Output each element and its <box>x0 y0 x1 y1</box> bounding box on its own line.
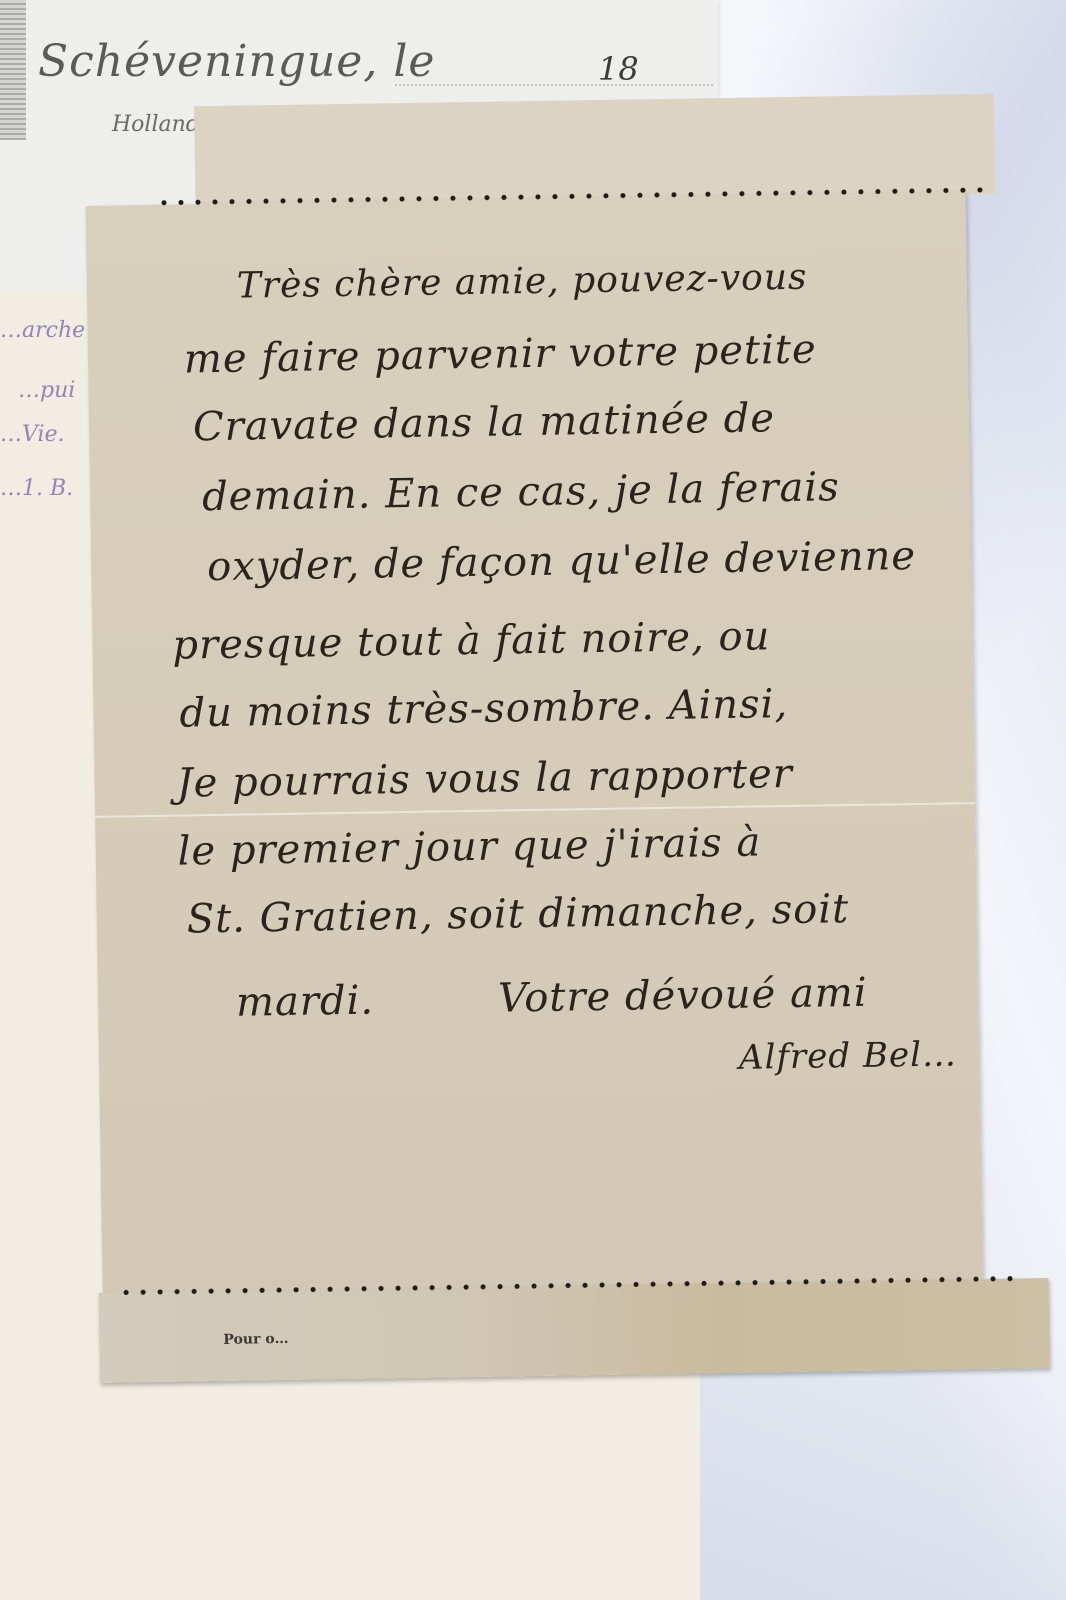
handwritten-line: Très chère amie, pouvez-vous <box>236 257 807 307</box>
handwritten-line: demain. En ce cas, je la ferais <box>202 464 840 520</box>
signature: Alfred Bel… <box>739 1034 958 1077</box>
handwritten-line: presque tout à fait noire, ou <box>172 613 771 668</box>
violet-note-fragment: …Vie. <box>0 422 65 447</box>
handwritten-line: le premier jour que j'irais à <box>177 819 761 874</box>
handwritten-line: oxyder, de façon qu'elle devienne <box>207 533 916 590</box>
card-bottom-flap <box>99 1278 1050 1383</box>
letterhead-engraving <box>0 0 26 140</box>
handwritten-line: Je pourrais vous la rapporter <box>176 751 793 807</box>
letter-card: Très chère amie, pouvez-vous me faire pa… <box>84 94 1014 1388</box>
handwritten-line: mardi. <box>236 978 375 1026</box>
violet-note-fragment: …arche <box>0 318 85 343</box>
closing-line: Votre dévoué ami <box>498 970 868 1022</box>
letterhead-year: 18 <box>598 50 639 88</box>
handwritten-line: St. Gratien, soit dimanche, soit <box>186 886 849 942</box>
violet-note-fragment: …pui <box>18 378 75 403</box>
handwritten-line: me faire parvenir votre petite <box>184 327 817 383</box>
handwritten-line: du moins très-sombre. Ainsi, <box>179 681 788 737</box>
letterhead-place: Schéveningue, le <box>38 36 435 87</box>
handwritten-line: Cravate dans la matinée de <box>193 395 776 450</box>
printed-flap-text: Pour o… <box>223 1331 289 1348</box>
card-body: Très chère amie, pouvez-vous me faire pa… <box>86 192 983 1296</box>
letterhead-date-line <box>395 84 713 86</box>
violet-note-fragment: …1. B. <box>0 476 73 501</box>
